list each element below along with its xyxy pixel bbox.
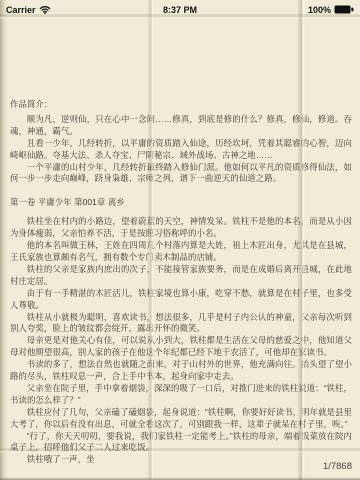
intro-paragraph: 顺为凡，逆则仙，只在心中一念间……修真，到底是修的什么？修真，修仙，修道。吞魂，… [10,114,352,138]
status-bar: Carrier 8:37 PM 100% [0,0,360,20]
status-bar-left: Carrier [6,4,51,16]
body-paragraph: 母亲更是对他关心有佳，可以说从小到大，铁柱都是生活在父母的慈爱之中，他知道父母对… [10,335,352,359]
body-paragraph: 铁柱坐在村内的小路边，望着蔚蓝的天空，神情发呆。铁柱不是他的本名，而是从小因为身… [10,216,352,240]
body-paragraph: 书读的多了，想法自然也就随之而来，对于山村外的世界，他充满向往。抬头望了望小路的… [10,359,352,383]
carrier-label: Carrier [6,5,36,15]
page-indicator: 1/7868 [323,461,352,472]
body-paragraph: 铁柱的父亲是家族内庶出的次子，不能接管家族要务，而是在成婚后离开县城，在此地村庄… [10,264,352,288]
body-paragraph: 由于有一手精湛的木匠活儿，铁柱家境也算小康，吃穿不愁，就算是在村子里，也多受人尊… [10,288,352,312]
body-paragraph: 铁柱哦了一声，坐 [10,454,352,466]
body-paragraph: “行了，你天天叨叨，要我说，我们家铁柱一定能考上。”铁柱的母亲，端着饭菜放在院内… [10,431,352,455]
battery-full-icon [334,5,354,16]
page-content: 作品简介： 顺为凡，逆则仙，只在心中一念间……修真，到底是修的什么？修真，修仙，… [10,99,352,466]
intro-paragraph: 且看一少年，几经转折，以平庸的资质踏入仙途，历经坎坷，凭着其聪睿的心智，迈向崎岖… [10,138,352,162]
status-bar-clock: 8:37 PM [0,5,360,15]
battery-percent-label: 100% [308,5,331,15]
body-paragraph: 铁柱应付了几句，父亲磕了磕烟袋，起身说道：“铁柱啊，你要好好读书，明年就是县里大… [10,407,352,431]
section-heading: 作品简介： [10,99,352,111]
reader-screen: Carrier 8:37 PM 100% [0,0,360,480]
reading-page[interactable]: 作品简介： 顺为凡，逆则仙，只在心中一念间……修真，到底是修的什么？修真，修仙，… [0,20,360,480]
status-bar-right: 100% [308,4,354,16]
body-paragraph: 父亲坐在院子里，手中拿着烟袋，深深的吸了一口后，对推门进来的铁柱说道：“铁柱，书… [10,383,352,407]
intro-paragraph: 一个平庸的山村少年，几经转折最终踏入修仙门派。他如何以平凡的资质修得仙法，如何一… [10,162,352,186]
chapter-heading: 第一卷 平庸少年 第001章 离乡 [10,197,352,209]
body-paragraph: 他的本名叫做王林，王姓在四周几个村落内算是大姓，祖上木匠出身，尤其是在县城，王氏… [10,240,352,264]
body-paragraph: 铁柱从小就极为聪明，喜欢读书，想法很多，几乎是村子内公认的神童，父亲每次听到别人… [10,312,352,336]
wifi-icon [39,5,51,16]
